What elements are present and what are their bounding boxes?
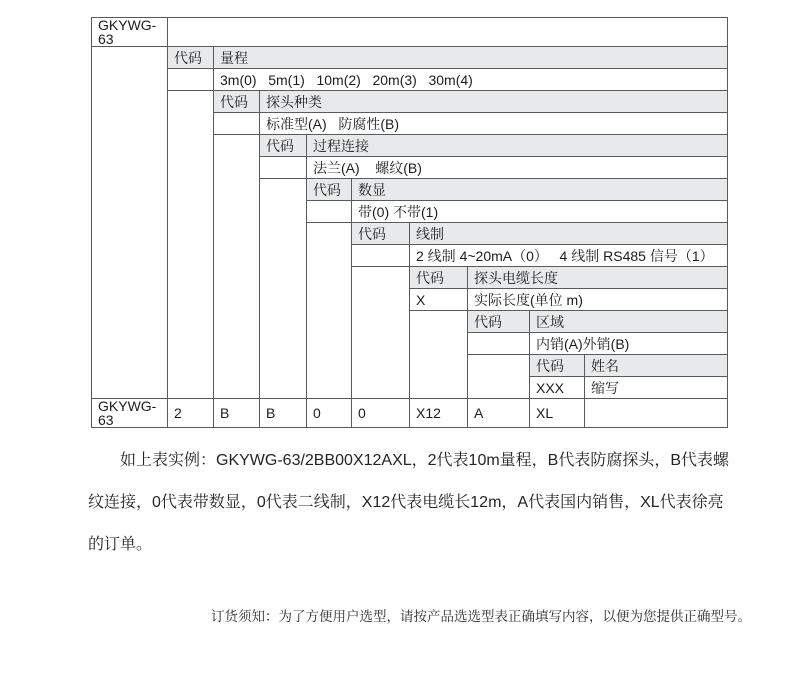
level-title-cell: 姓名: [585, 355, 728, 377]
example-paragraph-line: 的订单。: [88, 524, 718, 566]
level-options-cell: 2 线制 4~20mA（0） 4 线制 RS485 信号（1）: [410, 245, 728, 267]
document-page: GKYWG-63 代码 量程 3m(0) 5m(1) 10m(2) 20m(3)…: [0, 0, 800, 683]
level-title-cell: 探头种类: [260, 91, 728, 113]
staircase-cell: [307, 223, 352, 399]
code-label-cell: 代码: [468, 311, 530, 333]
level-options-cell: 3m(0) 5m(1) 10m(2) 20m(3) 30m(4): [214, 69, 728, 91]
code-label-cell: 代码: [530, 355, 585, 377]
level-options-cell: 法兰(A) 螺纹(B): [307, 157, 728, 179]
level-options-cell: 内销(A)外销(B): [530, 333, 728, 355]
staircase-cell: [168, 91, 214, 399]
example-code-cell: A: [468, 399, 530, 428]
example-code-cell: B: [260, 399, 307, 428]
code-value-cell: X: [410, 289, 468, 311]
level-title-cell: 量程: [214, 47, 728, 69]
level-options-cell: 缩写: [585, 377, 728, 399]
example-code-cell: X12: [410, 399, 468, 428]
example-paragraph: 如上表实例：GKYWG-63/2BB00X12AXL，2代表10m量程，B代表防…: [88, 440, 718, 566]
code-value-cell: XXX: [530, 377, 585, 399]
code-label-cell: 代码: [307, 179, 352, 201]
code-value-cell: [352, 245, 410, 267]
example-code-cell: XL: [530, 399, 585, 428]
staircase-cell: [260, 179, 307, 399]
level-title-cell: 过程连接: [307, 135, 728, 157]
staircase-cell: [92, 47, 168, 399]
staircase-cell: [410, 311, 468, 399]
example-code-cell: 0: [352, 399, 410, 428]
level-title-cell: 数显: [352, 179, 728, 201]
level-options-cell: 标准型(A) 防腐性(B): [260, 113, 728, 135]
code-value-cell: [260, 157, 307, 179]
code-value-cell: [468, 333, 530, 355]
example-paragraph-line: 纹连接，0代表带数显，0代表二线制，X12代表电缆长12m，A代表国内销售，XL…: [88, 482, 718, 524]
staircase-cell: [468, 355, 530, 399]
example-code-cell: B: [214, 399, 260, 428]
level-options-cell: 带(0) 不带(1): [352, 201, 728, 223]
example-model-cell: GKYWG-63: [92, 399, 168, 428]
level-title-cell: 区域: [530, 311, 728, 333]
level-options-cell: 实际长度(单位 m): [468, 289, 728, 311]
example-code-cell: 0: [307, 399, 352, 428]
code-label-cell: 代码: [352, 223, 410, 245]
code-value-cell: [168, 69, 214, 91]
model-code-cell: GKYWG-63: [92, 18, 168, 47]
code-label-cell: 代码: [214, 91, 260, 113]
example-paragraph-line: 如上表实例：GKYWG-63/2BB00X12AXL，2代表10m量程，B代表防…: [88, 440, 718, 482]
level-title-cell: 线制: [410, 223, 728, 245]
order-note: 订货须知：为了方便用户选型，请按产品选选型表正确填写内容，以便为您提供正确型号。: [211, 608, 751, 626]
code-value-cell: [307, 201, 352, 223]
model-selection-table: GKYWG-63 代码 量程 3m(0) 5m(1) 10m(2) 20m(3)…: [91, 17, 728, 428]
code-label-cell: 代码: [168, 47, 214, 69]
empty-cell: [168, 18, 728, 47]
example-code-cell: 2: [168, 399, 214, 428]
code-label-cell: 代码: [410, 267, 468, 289]
example-code-cell: [585, 399, 728, 428]
code-label-cell: 代码: [260, 135, 307, 157]
staircase-cell: [214, 135, 260, 399]
code-value-cell: [214, 113, 260, 135]
level-title-cell: 探头电缆长度: [468, 267, 728, 289]
staircase-cell: [352, 267, 410, 399]
